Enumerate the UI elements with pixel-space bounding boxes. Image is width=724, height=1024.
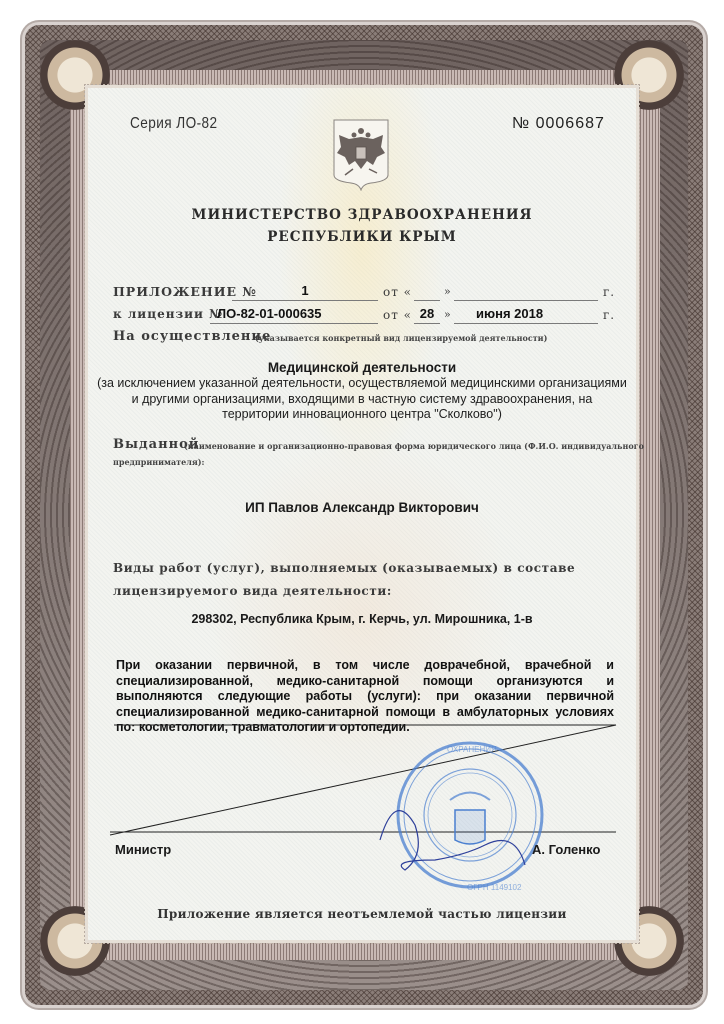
issued-to-hint: (наименование и организационно-правовая …: [184, 441, 644, 451]
license-number-underline: [210, 322, 378, 324]
license-day-underline: [414, 322, 440, 324]
signer-name: А. Голенко: [532, 842, 600, 857]
activity-label: На осуществление: [113, 329, 271, 344]
license-holder-name: ИП Павлов Александр Викторович: [92, 500, 632, 515]
activity-description: (за исключением указанной деятельности, …: [92, 376, 632, 423]
signer-position: Министр: [115, 842, 171, 857]
license-year-suffix: г.: [603, 308, 615, 322]
license-number: ЛО-82-01-000635: [217, 306, 322, 321]
works-description: При оказании первичной, в том числе довр…: [116, 658, 614, 736]
activity-hint: (указывается конкретный вид лицензируемо…: [255, 333, 547, 343]
svg-text:ОГРН 1149102: ОГРН 1149102: [467, 883, 522, 892]
appendix-day-underline: [414, 299, 440, 301]
appendix-date-close: »: [444, 285, 452, 298]
activity-title: Медицинской деятельности: [92, 360, 632, 375]
license-month-year: июня 2018: [476, 306, 543, 321]
appendix-number-underline: [232, 299, 378, 301]
appendix-date-open: от «: [383, 285, 412, 299]
license-month-underline: [454, 322, 598, 324]
footer-note: Приложение является неотъемлемой частью …: [112, 907, 612, 921]
license-label: к лицензии №: [113, 307, 223, 321]
works-label-cont: лицензируемого вида деятельности:: [113, 584, 392, 598]
appendix-year-suffix: г.: [603, 285, 615, 299]
ministry-title: МИНИСТЕРСТВО ЗДРАВООХРАНЕНИЯ: [112, 207, 612, 223]
appendix-month-underline: [454, 299, 598, 301]
activity-description-line: (за исключением указанной деятельности, …: [92, 376, 632, 392]
form-number: № 0006687: [512, 115, 605, 133]
license-day: 28: [414, 306, 440, 321]
series-label: Серия ЛО-82: [130, 115, 218, 133]
issued-to-hint-cont: предпринимателя):: [113, 457, 205, 467]
works-label: Виды работ (услуг), выполняемых (оказыва…: [113, 561, 575, 575]
activity-address: 298302, Республика Крым, г. Керчь, ул. М…: [92, 612, 632, 626]
svg-text:ОХРАНЕНИЯ: ОХРАНЕНИЯ: [447, 745, 497, 754]
ministry-subtitle: РЕСПУБЛИКИ КРЫМ: [112, 229, 612, 245]
appendix-number: 1: [232, 283, 378, 298]
official-seal-stamp-icon: ОХРАНЕНИЯ ОГРН 1149102: [375, 730, 555, 900]
russian-coat-of-arms-icon: [331, 117, 391, 191]
license-date-open: от «: [383, 308, 412, 322]
activity-description-line: территории инновационного центра "Сколко…: [92, 407, 632, 423]
license-date-close: »: [444, 308, 452, 321]
activity-description-line: и другими организациями, входящими в час…: [92, 392, 632, 408]
